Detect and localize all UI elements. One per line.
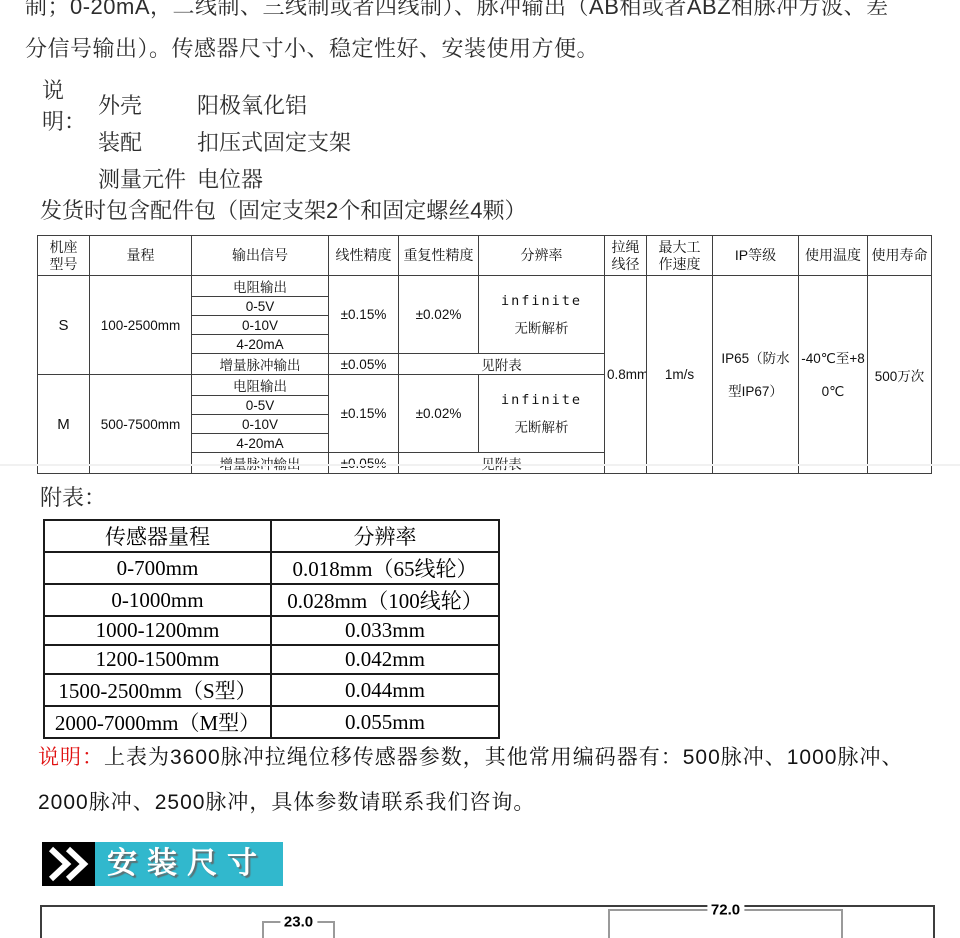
cell-output: 0-5V <box>192 396 329 415</box>
header-linearity: 线性精度 <box>329 236 399 276</box>
appendix-header-resolution: 分辨率 <box>271 520 499 552</box>
cell-range-m: 500-7500mm <box>90 375 192 474</box>
dimension-tick <box>333 922 335 938</box>
cell-resolution: 0.028mm（100线轮） <box>271 584 499 616</box>
cell-resolution-m: infinite 无断解析 <box>479 375 605 453</box>
cell-max-speed: 1m/s <box>647 276 713 474</box>
cell-resolution: 0.042mm <box>271 645 499 674</box>
dimension-tick <box>608 910 610 938</box>
spec-row-element: 测量元件 电位器 <box>42 160 351 197</box>
cell-pulse-linearity: ±0.05% <box>329 453 399 474</box>
appendix-header-range: 传感器量程 <box>44 520 271 552</box>
cell-range: 0-700mm <box>44 552 271 584</box>
cell-output: 0-5V <box>192 297 329 316</box>
note-label: 说明： <box>38 746 104 769</box>
cell-linearity-s: ±0.15% <box>329 276 399 354</box>
banner-title: 安装尺寸 <box>95 842 283 886</box>
main-spec-table: 机座型号 量程 输出信号 线性精度 重复性精度 分辨率 拉绳线径 最大工作速度 … <box>37 235 932 474</box>
intro-line-2: 分信号输出）。传感器尺寸小、稳定性好、安装使用方便。 <box>25 28 950 70</box>
table-row: 0-1000mm0.028mm（100线轮） <box>44 584 499 616</box>
spec-row-housing: 说明： 外壳 阳极氧化铝 <box>42 86 351 123</box>
header-ip-rating: IP等级 <box>713 236 799 276</box>
cell-pulse-output: 增量脉冲输出 <box>192 453 329 474</box>
dimension-23: 23.0 <box>262 921 335 923</box>
cell-resolution: 0.033mm <box>271 616 499 645</box>
cell-wire-diameter: 0.8mm <box>605 276 647 474</box>
header-resolution: 分辨率 <box>479 236 605 276</box>
installation-section-banner: 安装尺寸 <box>42 842 283 886</box>
header-service-life: 使用寿命 <box>868 236 932 276</box>
cell-pulse-resolution: 见附表 <box>399 354 605 375</box>
header-max-speed: 最大工作速度 <box>647 236 713 276</box>
appendix-title: 附表： <box>40 481 106 512</box>
table-row: 1000-1200mm0.033mm <box>44 616 499 645</box>
spec-value: 扣压式固定支架 <box>197 126 351 157</box>
spec-value: 电位器 <box>197 163 263 194</box>
header-repeatability: 重复性精度 <box>399 236 479 276</box>
cell-resolution: 0.044mm <box>271 674 499 706</box>
double-chevron-right-icon <box>42 842 95 886</box>
cell-linearity-m: ±0.15% <box>329 375 399 453</box>
cell-output: 电阻输出 <box>192 276 329 297</box>
spec-name: 装配 <box>98 126 197 157</box>
cell-ip-rating: IP65（防水型IP67） <box>713 276 799 474</box>
appendix-table: 传感器量程 分辨率 0-700mm0.018mm（65线轮） 0-1000mm0… <box>43 519 500 739</box>
cell-resolution: 0.055mm <box>271 706 499 738</box>
table-row: 1200-1500mm0.042mm <box>44 645 499 674</box>
table-row: 2000-7000mm（M型）0.055mm <box>44 706 499 738</box>
cell-model-m: M <box>38 375 90 474</box>
table-row: 0-700mm0.018mm（65线轮） <box>44 552 499 584</box>
header-output-signal: 输出信号 <box>192 236 329 276</box>
spec-list-label: 说明： <box>42 74 98 136</box>
cell-resolution-s: infinite 无断解析 <box>479 276 605 354</box>
cell-range: 0-1000mm <box>44 584 271 616</box>
cell-pulse-resolution: 见附表 <box>399 453 605 474</box>
appendix-header-row: 传感器量程 分辨率 <box>44 520 499 552</box>
spec-value: 阳极氧化铝 <box>197 89 307 120</box>
cell-repeatability-m: ±0.02% <box>399 375 479 453</box>
header-range: 量程 <box>90 236 192 276</box>
spec-list: 说明： 外壳 阳极氧化铝 装配 扣压式固定支架 测量元件 电位器 <box>42 86 351 197</box>
dimension-tick <box>841 910 843 938</box>
dimension-72: 72.0 <box>608 909 843 911</box>
shipping-note: 发货时包含配件包（固定支架2个和固定螺丝4颗） <box>40 194 526 225</box>
dimension-label: 23.0 <box>280 914 317 931</box>
cell-service-life: 500万次 <box>868 276 932 474</box>
header-model: 机座型号 <box>38 236 90 276</box>
cell-model-s: S <box>38 276 90 375</box>
intro-paragraph: 制；0-20mA，二线制、三线制或者四线制）、脉冲输出（AB相或者ABZ相脉冲方… <box>25 0 950 70</box>
dimension-label: 72.0 <box>707 902 744 919</box>
cell-resolution: 0.018mm（65线轮） <box>271 552 499 584</box>
cell-range: 2000-7000mm（M型） <box>44 706 271 738</box>
cell-range-s: 100-2500mm <box>90 276 192 375</box>
dimension-tick <box>262 922 264 938</box>
cell-pulse-output: 增量脉冲输出 <box>192 354 329 375</box>
header-wire-diameter: 拉绳线径 <box>605 236 647 276</box>
table-row: S 100-2500mm 电阻输出 ±0.15% ±0.02% infinite… <box>38 276 932 297</box>
spec-name: 测量元件 <box>98 163 197 194</box>
page-divider <box>0 464 960 466</box>
note-line-1: 说明：上表为3600脉冲拉绳位移传感器参数，其他常用编码器有：500脉冲、100… <box>38 735 950 780</box>
cell-output: 电阻输出 <box>192 375 329 396</box>
intro-line-1: 制；0-20mA，二线制、三线制或者四线制）、脉冲输出（AB相或者ABZ相脉冲方… <box>25 0 950 28</box>
cell-output: 4-20mA <box>192 434 329 453</box>
cell-repeatability-s: ±0.02% <box>399 276 479 354</box>
cell-output: 0-10V <box>192 316 329 335</box>
note-paragraph: 说明：上表为3600脉冲拉绳位移传感器参数，其他常用编码器有：500脉冲、100… <box>38 735 950 825</box>
cell-temperature: -40℃至+80℃ <box>799 276 868 474</box>
cell-range: 1500-2500mm（S型） <box>44 674 271 706</box>
cell-output: 0-10V <box>192 415 329 434</box>
cell-pulse-linearity: ±0.05% <box>329 354 399 375</box>
main-table-header-row: 机座型号 量程 输出信号 线性精度 重复性精度 分辨率 拉绳线径 最大工作速度 … <box>38 236 932 276</box>
header-temperature: 使用温度 <box>799 236 868 276</box>
table-row: 1500-2500mm（S型）0.044mm <box>44 674 499 706</box>
spec-name: 外壳 <box>98 89 197 120</box>
note-line-2: 2000脉冲、2500脉冲，具体参数请联系我们咨询。 <box>38 780 950 825</box>
cell-output: 4-20mA <box>192 335 329 354</box>
cell-range: 1200-1500mm <box>44 645 271 674</box>
cell-range: 1000-1200mm <box>44 616 271 645</box>
